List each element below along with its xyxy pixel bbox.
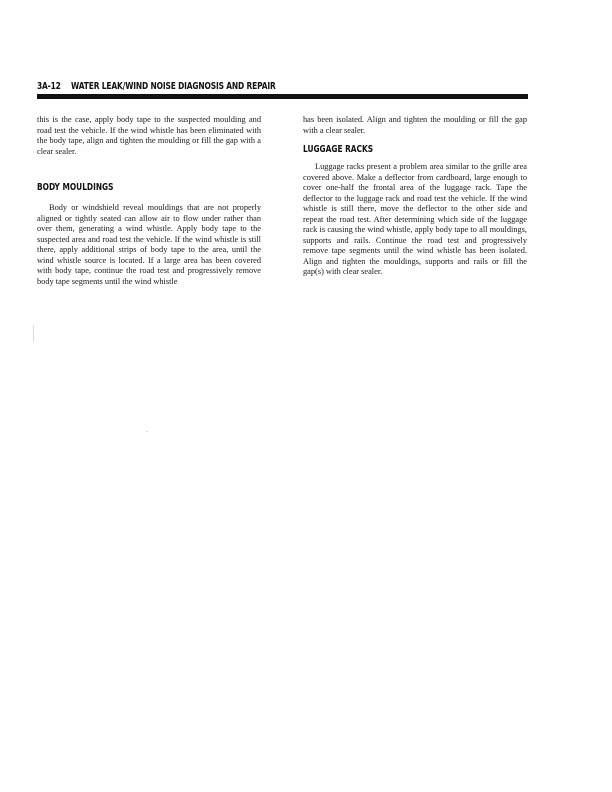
right-column: has been isolated. Align and tighten the… [303, 115, 527, 278]
section-heading-body-mouldings: BODY MOULDINGS [37, 183, 212, 195]
page-number: 3A-12 [37, 81, 61, 92]
continued-paragraph: this is the case, apply body tape to the… [37, 115, 261, 157]
continued-paragraph: has been isolated. Align and tighten the… [303, 115, 527, 136]
document-page: 3A-12 WATER LEAK/WIND NOISE DIAGNOSIS AN… [0, 0, 612, 792]
section-heading-luggage-racks: LUGGAGE RACKS [303, 145, 478, 157]
luggage-racks-paragraph: Luggage racks present a problem area sim… [303, 162, 527, 278]
body-mouldings-paragraph: Body or windshield reveal mouldings that… [37, 203, 261, 287]
chapter-title: WATER LEAK/WIND NOISE DIAGNOSIS AND REPA… [71, 81, 276, 92]
left-column: this is the case, apply body tape to the… [37, 115, 261, 287]
header-rule [37, 94, 528, 99]
scan-mark [33, 325, 34, 342]
running-header: 3A-12 WATER LEAK/WIND NOISE DIAGNOSIS AN… [37, 81, 420, 92]
scan-mark [146, 431, 148, 432]
